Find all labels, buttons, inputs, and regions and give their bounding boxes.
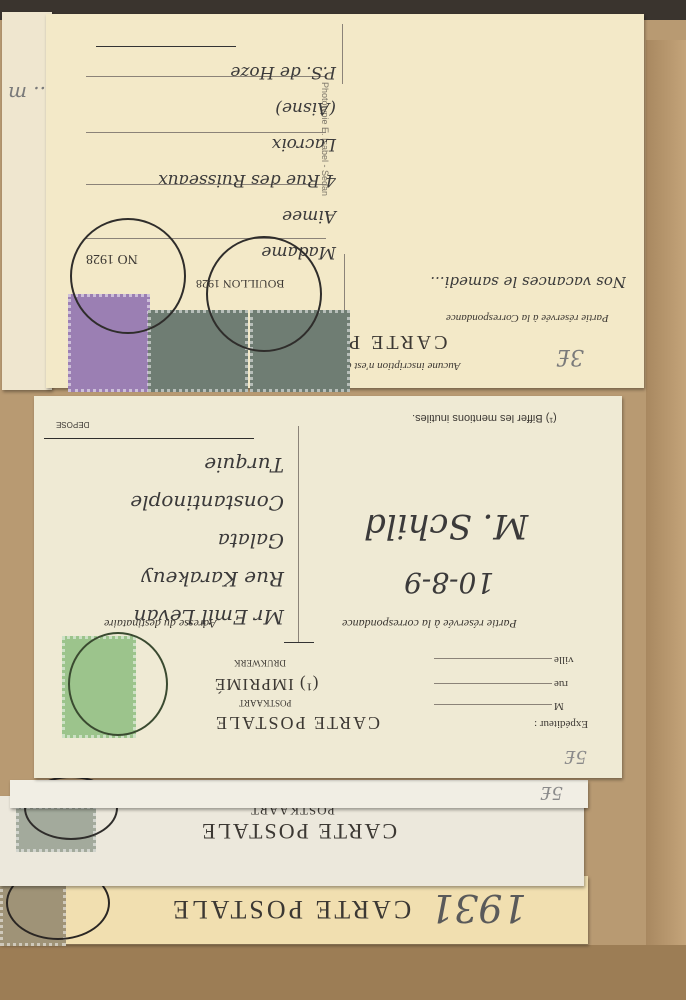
postmark-2 xyxy=(206,236,322,352)
handwritten-year: 1931 xyxy=(430,886,527,930)
pencil-mark: 3£ xyxy=(556,344,584,369)
sender-field-rue: rue xyxy=(554,678,568,690)
postmark-bouillon xyxy=(68,632,168,736)
address-line: 4 Rue des Ruisseaux xyxy=(106,162,336,198)
message-text: Nos vacances le samedi... xyxy=(356,270,626,294)
divider xyxy=(298,426,299,642)
postcard-middle: (¹) Biffer les mentions inutiles. DEPOSE… xyxy=(34,396,622,778)
sender-label: Expéditeur : xyxy=(534,718,588,730)
address-line: Lacroix xyxy=(106,126,336,162)
postcard-lower-1: POSTKAART CARTE POSTALE xyxy=(0,796,584,886)
divider xyxy=(342,24,343,84)
address-line: P.S. de Hoze xyxy=(106,54,336,90)
sender-line xyxy=(434,683,552,684)
handwritten-signature: M. Schild xyxy=(364,506,528,546)
postmark-1-text: NO 1928 xyxy=(86,250,138,266)
instruction-text: Aucune inscription n'est a xyxy=(346,360,460,372)
postmark-1 xyxy=(70,218,186,334)
correspondence-label: Partie réservée à la correspondance xyxy=(342,616,517,631)
box-bottom-edge xyxy=(0,945,686,1000)
address-label: Adresse du destinataire xyxy=(104,616,216,631)
card-title: CARTE POSTALE xyxy=(214,712,380,733)
sender-line xyxy=(434,658,552,659)
address-top-line xyxy=(96,46,236,47)
card-subtitle: POSTKAART xyxy=(239,698,291,708)
sender-line xyxy=(434,704,552,705)
box-side-wall xyxy=(646,40,686,1000)
depose-label: DEPOSE xyxy=(56,420,89,429)
sender-field-ville: ville xyxy=(554,654,574,666)
postcard-top: Phototypie E. Isabel - Sedan Madame Aime… xyxy=(46,14,644,388)
address-line: Rue Karakeuy xyxy=(44,560,284,598)
sender-field-m: M xyxy=(554,700,564,712)
address-line: Turquie xyxy=(44,446,284,484)
card-title: CARTE POSTALE xyxy=(200,818,397,844)
footnote: (¹) Biffer les mentions inutiles. xyxy=(412,412,557,424)
postcard-strip: 5£ xyxy=(10,780,588,808)
card-title: CARTE P xyxy=(346,330,447,353)
left-edge-card: Au ... m xyxy=(2,12,52,390)
druk-label: DRUKWERK xyxy=(234,658,286,668)
handwritten-date: 10-8-9 xyxy=(404,566,494,599)
card-title: CARTE POSTALE xyxy=(170,894,411,924)
pencil-mark: 5£ xyxy=(540,782,563,803)
correspondence-label: Partie réservée à la Correspondance xyxy=(446,312,609,324)
pencil-mark: 5£ xyxy=(564,746,587,767)
imprime-label: (¹) IMPRIMÉ xyxy=(214,674,318,694)
postcard-lower-2: CARTE POSTALE 1931 xyxy=(0,876,588,944)
handwritten-address: Mr Emil Levan Rue Karakeuy Galata Consta… xyxy=(44,446,284,636)
address-line: Constantinople xyxy=(44,484,284,522)
address-line: Galata xyxy=(44,522,284,560)
divider-dash xyxy=(284,642,314,643)
address-line: (Aisne) xyxy=(106,90,336,126)
address-rule xyxy=(44,438,254,439)
postmark-2-text: BOUILLON 1928 xyxy=(196,276,284,291)
handwritten-message: Nos vacances le samedi... xyxy=(356,24,626,294)
